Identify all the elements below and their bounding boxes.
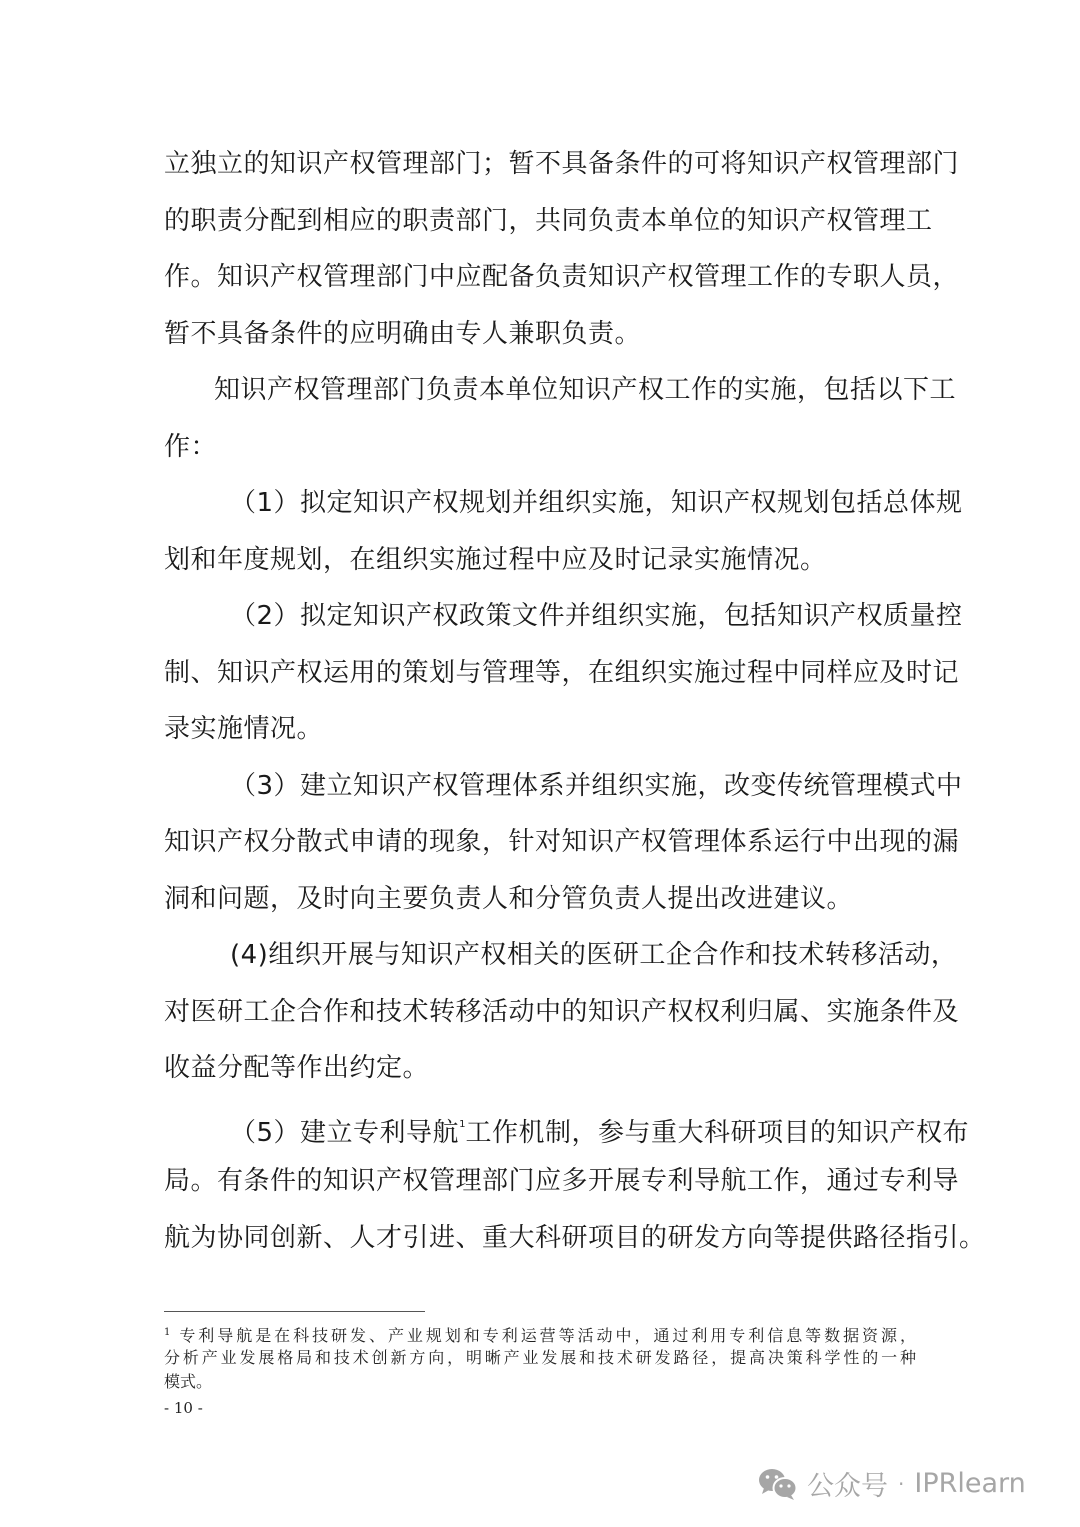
watermark: 公众号 · IPRlearn — [757, 1464, 1026, 1503]
paragraph-line: 作。知识产权管理部门中应配备负责知识产权管理工作的专职人员， — [164, 260, 916, 294]
watermark-label: 公众号 — [807, 1464, 888, 1503]
item-number: (4) — [230, 940, 268, 970]
list-item-5-line: 航为协同创新、人才引进、重大科研项目的研发方向等提供路径指引。 — [164, 1221, 916, 1255]
list-item-2-line: 制、知识产权运用的策划与管理等，在组织实施过程中同样应及时记 — [164, 656, 916, 690]
paragraph-line: 作： — [164, 430, 916, 464]
item-number: （3） — [230, 771, 300, 801]
paragraph-line: 知识产权管理部门负责本单位知识产权工作的实施，包括以下工 — [214, 373, 916, 407]
wechat-icon — [757, 1466, 799, 1502]
footnote-divider — [164, 1311, 425, 1312]
list-item-4-line: 收益分配等作出约定。 — [164, 1051, 916, 1085]
list-item-4-line: (4)组织开展与知识产权相关的医研工企合作和技术转移活动， — [230, 938, 916, 972]
list-item-3-line: （3）建立知识产权管理体系并组织实施，改变传统管理模式中 — [230, 769, 916, 803]
list-item-2-line: 录实施情况。 — [164, 712, 916, 746]
item-number: （2） — [230, 601, 300, 631]
list-item-3-line: 洞和问题，及时向主要负责人和分管负责人提出改进建议。 — [164, 882, 916, 916]
paragraph-line: 暂不具备条件的应明确由专人兼职负责。 — [164, 317, 916, 351]
list-item-5-line: （5）建立专利导航1工作机制，参与重大科研项目的知识产权布 — [230, 1108, 916, 1150]
footnote-line: 模式。 — [164, 1371, 916, 1393]
footnote-line: 分析产业发展格局和技术创新方向，明晰产业发展和技术研发路径，提高决策科学性的一种 — [164, 1347, 916, 1369]
document-page: 立独立的知识产权管理部门；暂不具备条件的可将知识产权管理部门 的职责分配到相应的… — [0, 0, 1080, 1527]
footnote-line: 1专利导航是在科技研发、产业规划和专利运营等活动中，通过利用专利信息等数据资源， — [164, 1322, 916, 1347]
watermark-account: IPRlearn — [914, 1468, 1025, 1499]
item-number: （1） — [230, 488, 300, 518]
list-item-1-line: （1）拟定知识产权规划并组织实施，知识产权规划包括总体规 — [230, 486, 916, 520]
list-item-2-line: （2）拟定知识产权政策文件并组织实施，包括知识产权质量控 — [230, 599, 916, 633]
paragraph-line: 立独立的知识产权管理部门；暂不具备条件的可将知识产权管理部门 — [164, 147, 916, 181]
paragraph-line: 的职责分配到相应的职责部门，共同负责本单位的知识产权管理工 — [164, 204, 916, 238]
list-item-4-line: 对医研工企合作和技术转移活动中的知识产权权利归属、实施条件及 — [164, 995, 916, 1029]
item-number: （5） — [230, 1118, 300, 1148]
list-item-5-line: 局。有条件的知识产权管理部门应多开展专利导航工作，通过专利导 — [164, 1164, 916, 1198]
list-item-3-line: 知识产权分散式申请的现象，针对知识产权管理体系运行中出现的漏 — [164, 825, 916, 859]
list-item-1-line: 划和年度规划，在组织实施过程中应及时记录实施情况。 — [164, 543, 916, 577]
footnote-marker: 1 — [164, 1327, 170, 1338]
page-number: - 10 - — [164, 1399, 203, 1417]
watermark-separator: · — [898, 1472, 904, 1496]
